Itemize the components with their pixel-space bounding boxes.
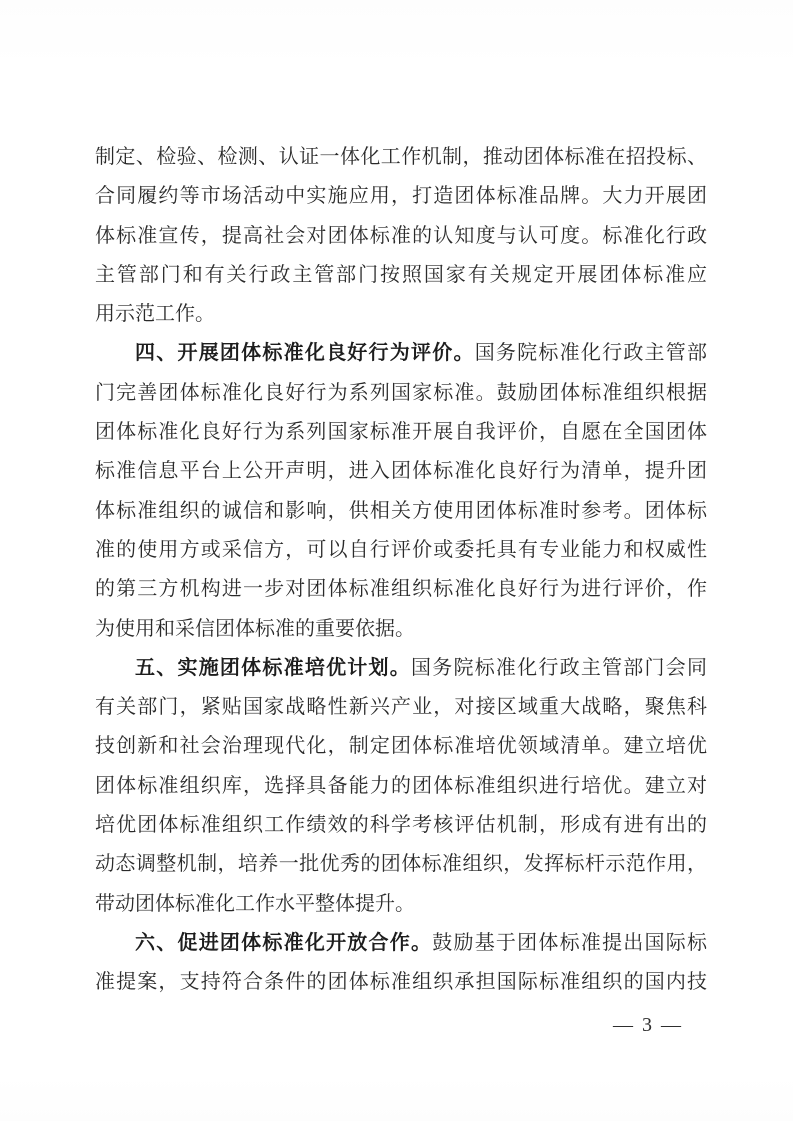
line-text: 国务院标准化行政主管部 <box>475 342 707 364</box>
text-line: 准提案，支持符合条件的团体标准组织承担国际标准组织的国内技 <box>95 963 707 1002</box>
document-body: 制定、检验、检测、认证一体化工作机制，推动团体标准在招投标、合同履约等市场活动中… <box>95 138 707 1003</box>
text-line: 有关部门，紧贴国家战略性新兴产业，对接区域重大战略，聚焦科 <box>95 688 707 727</box>
text-line: 体标准组织的诚信和影响，供相关方使用团体标准时参考。团体标 <box>95 492 707 531</box>
text-line: 六、促进团体标准化开放合作。鼓励基于团体标准提出国际标 <box>95 924 707 963</box>
text-line: 为使用和采信团体标准的重要依据。 <box>95 610 707 649</box>
page-number: — 3 — <box>95 1006 707 1045</box>
text-line: 合同履约等市场活动中实施应用，打造团体标准品牌。大力开展团 <box>95 177 707 216</box>
line-text: 鼓励基于团体标准提出国际标 <box>432 932 707 954</box>
text-line: 体标准宣传，提高社会对团体标准的认知度与认可度。标准化行政 <box>95 217 707 256</box>
text-line: 准的使用方或采信方，可以自行评价或委托具有专业能力和权威性 <box>95 531 707 570</box>
text-line: 团体标准化良好行为系列国家标准开展自我评价，自愿在全国团体 <box>95 413 707 452</box>
section-heading: 五、实施团体标准培优计划。 <box>135 657 411 679</box>
text-line: 五、实施团体标准培优计划。国务院标准化行政主管部门会同 <box>95 649 707 688</box>
document-page: 制定、检验、检测、认证一体化工作机制，推动团体标准在招投标、合同履约等市场活动中… <box>0 0 793 1121</box>
line-text: 国务院标准化行政主管部门会同 <box>411 657 707 679</box>
text-line: 技创新和社会治理现代化，制定团体标准培优领域清单。建立培优 <box>95 727 707 766</box>
paragraph: 五、实施团体标准培优计划。国务院标准化行政主管部门会同有关部门，紧贴国家战略性新… <box>95 649 707 924</box>
text-line: 制定、检验、检测、认证一体化工作机制，推动团体标准在招投标、 <box>95 138 707 177</box>
text-line: 标准信息平台上公开声明，进入团体标准化良好行为清单，提升团 <box>95 452 707 491</box>
text-line: 四、开展团体标准化良好行为评价。国务院标准化行政主管部 <box>95 334 707 373</box>
section-heading: 六、促进团体标准化开放合作。 <box>135 932 432 954</box>
paragraph: 六、促进团体标准化开放合作。鼓励基于团体标准提出国际标准提案，支持符合条件的团体… <box>95 924 707 1003</box>
text-line: 用示范工作。 <box>95 295 707 334</box>
text-line: 动态调整机制，培养一批优秀的团体标准组织，发挥标杆示范作用， <box>95 845 707 884</box>
text-line: 门完善团体标准化良好行为系列国家标准。鼓励团体标准组织根据 <box>95 374 707 413</box>
text-line: 团体标准组织库，选择具备能力的团体标准组织进行培优。建立对 <box>95 767 707 806</box>
text-line: 的第三方机构进一步对团体标准组织标准化良好行为进行评价，作 <box>95 570 707 609</box>
text-line: 培优团体标准组织工作绩效的科学考核评估机制，形成有进有出的 <box>95 806 707 845</box>
text-line: 主管部门和有关行政主管部门按照国家有关规定开展团体标准应 <box>95 256 707 295</box>
page-footer: — 3 — <box>95 1006 707 1045</box>
section-heading: 四、开展团体标准化良好行为评价。 <box>135 342 475 364</box>
paragraph: 四、开展团体标准化良好行为评价。国务院标准化行政主管部门完善团体标准化良好行为系… <box>95 334 707 648</box>
text-line: 带动团体标准化工作水平整体提升。 <box>95 885 707 924</box>
paragraph: 制定、检验、检测、认证一体化工作机制，推动团体标准在招投标、合同履约等市场活动中… <box>95 138 707 334</box>
